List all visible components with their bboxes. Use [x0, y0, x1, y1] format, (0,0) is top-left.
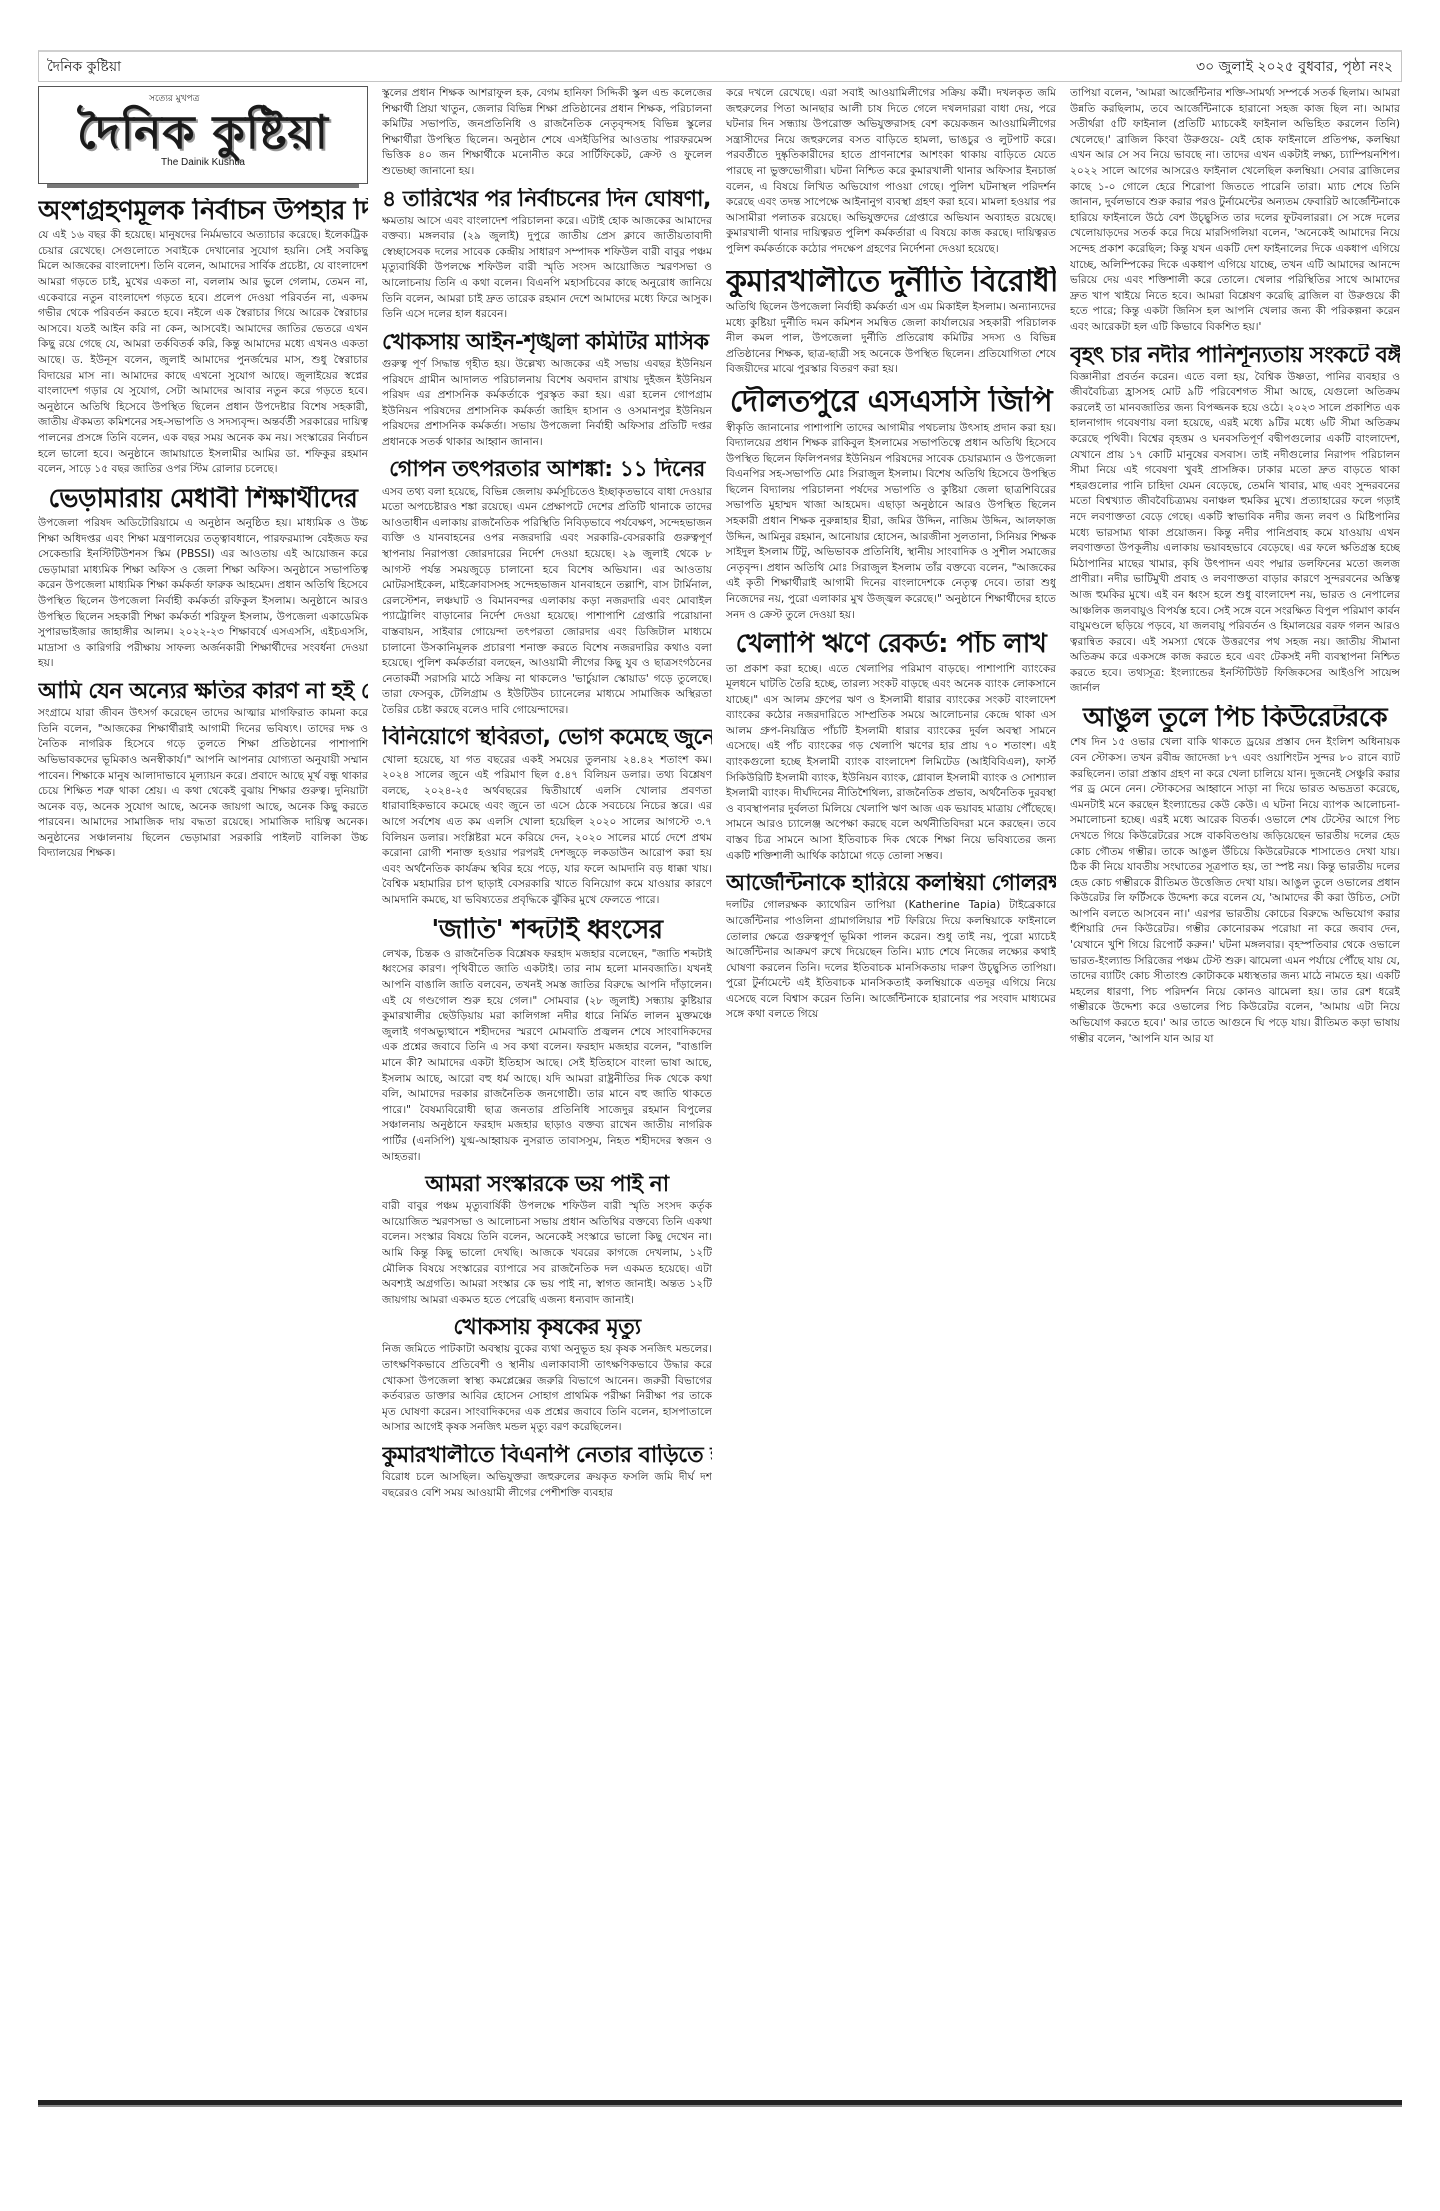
article-body: দলটির গোলরক্ষক ক্যাথেরিন তাপিয়া (Kather… — [726, 898, 1056, 1023]
article-continued: করে দখলে রেখেছে। এরা সবাই আওয়ামিলীগের স… — [726, 86, 1056, 260]
article-body: তা প্রকাশ করা হচ্ছে। এতে খেলাপির পরিমাণ … — [726, 662, 1056, 865]
masthead-tagline: সত্যের মুখপত্র — [149, 91, 199, 106]
article-continued: স্কুলের প্রধান শিক্ষক আশরাফুল হক, বেগম হ… — [382, 86, 712, 182]
article-body: নিজ জমিতে পাটকাটা অবস্থায় বুকের ব্যথা অ… — [382, 1342, 712, 1436]
article-headline[interactable]: ৪ তারিখের পর নির্বাচনের দিন ঘোষণা, আশ্বা… — [382, 188, 712, 211]
article-body: স্বীকৃতি জানানোর পাশাপাশি তাদের আগামীর প… — [726, 421, 1056, 624]
article: খোকসায় কৃষকের মৃত্যু নিজ জমিতে পাটকাটা … — [382, 1310, 712, 1438]
masthead-english-name: The Dainik Kushtia — [161, 157, 245, 168]
article: 'জাতি' শব্দটাই ধ্বংসের লেখক, চিন্তক ও রা… — [382, 911, 712, 1168]
article: দৌলতপুরে এসএসসি জিপি স্বীকৃতি জানানোর পা… — [726, 380, 1056, 625]
article-headline[interactable]: আর্জেন্টিনাকে হারিয়ে কলম্বিয়া গোলরক্ষক — [726, 872, 1056, 895]
article-headline[interactable]: আঙুল তুলে পিচ কিউরেটরকে — [1070, 705, 1400, 732]
article-headline[interactable]: কুমারখালীতে দুর্নীতি বিরোধী — [726, 266, 1056, 298]
article-headline[interactable]: অংশগ্রহণমূলক নির্বাচন উপহার দিতে — [38, 198, 368, 225]
article-body: বিরোধ চলে আসছিল। অভিযুক্তরা জহুরুলের ক্র… — [382, 1470, 712, 1501]
article-body: সংগ্রামে যারা জীবন উৎসর্গ করেছেন তাদের আ… — [38, 706, 368, 862]
article-body: স্কুলের প্রধান শিক্ষক আশরাফুল হক, বেগম হ… — [382, 86, 712, 180]
column-2: স্কুলের প্রধান শিক্ষক আশরাফুল হক, বেগম হ… — [382, 86, 712, 2098]
article: আমরা সংস্কারকে ভয় পাই না বারী বাবুর পঞ্… — [382, 1167, 712, 1310]
article-body: শেষ দিন ১৫ ওভার খেলা বাকি থাকতে ড্রয়ের … — [1070, 735, 1400, 1047]
article: আমি যেন অন্যের ক্ষতির কারণ না হই সেদিকে … — [38, 674, 368, 2098]
article-headline[interactable]: খোকসায় আইন-শৃঙ্খলা কমিটির মাসিক সভা — [382, 331, 712, 354]
article-body: অতিথি ছিলেন উপজেলা নির্বাহী কর্মকর্তা এস… — [726, 300, 1056, 378]
article-body: তাপিয়া বলেন, 'আমরা আর্জেন্টিনার শক্তি-স… — [1070, 86, 1400, 336]
news-columns: সত্যের মুখপত্র দৈনিক কুষ্টিয়া The Daini… — [38, 86, 1402, 2098]
date-page-number: ৩০ জুলাই ২০২৫ বুধবার, পৃষ্ঠা নং২ — [1196, 55, 1393, 79]
article-headline[interactable]: গোপন তৎপরতার আশঙ্কা: ১১ দিনের — [382, 458, 712, 481]
article: ৪ তারিখের পর নির্বাচনের দিন ঘোষণা, আশ্বা… — [382, 182, 712, 325]
article: কুমারখালীতে দুর্নীতি বিরোধী অতিথি ছিলেন … — [726, 260, 1056, 380]
article: অংশগ্রহণমূলক নির্বাচন উপহার দিতে যে এই ১… — [38, 192, 368, 480]
column-4: তাপিয়া বলেন, 'আমরা আর্জেন্টিনার শক্তি-স… — [1070, 86, 1400, 2098]
masthead-title: দৈনিক কুষ্টিয়া — [77, 109, 329, 155]
column-1: সত্যের মুখপত্র দৈনিক কুষ্টিয়া The Daini… — [38, 86, 368, 2098]
article-headline[interactable]: বৃহৎ চার নদীর পানিশূন্যতায় সংকটে বঙ্গীয… — [1070, 344, 1400, 367]
article-body: খোলা হয়েছে, যা গত বছরের একই সময়ের তুলন… — [382, 753, 712, 909]
article-body: ক্ষমতায় আসে এবং বাংলাদেশ পরিচালনা করে। … — [382, 214, 712, 323]
article-body: এসব তথ্য বলা হয়েছে, বিভিন্ন জেলায় কর্ম… — [382, 485, 712, 719]
article-headline[interactable]: 'জাতি' শব্দটাই ধ্বংসের — [382, 917, 712, 944]
article-headline[interactable]: আমি যেন অন্যের ক্ষতির কারণ না হই সেদিকে — [38, 680, 368, 703]
column-3: করে দখলে রেখেছে। এরা সবাই আওয়ামিলীগের স… — [726, 86, 1056, 2098]
article: আঙুল তুলে পিচ কিউরেটরকে শেষ দিন ১৫ ওভার … — [1070, 699, 1400, 2098]
article: বিনিয়োগে স্থবিরতা, ভোগ কমেছে জুনে খোলা … — [382, 720, 712, 910]
article-headline[interactable]: ভেড়ামারায় মেধাবী শিক্ষার্থীদের — [38, 486, 368, 513]
article: ভেড়ামারায় মেধাবী শিক্ষার্থীদের উপজেলা … — [38, 480, 368, 674]
article-headline[interactable]: খেলাপি ঋণে রেকর্ড: পাঁচ লাখ — [726, 631, 1056, 658]
paper-name: দৈনিক কুষ্টিয়া — [47, 55, 121, 79]
article: খেলাপি ঋণে রেকর্ড: পাঁচ লাখ তা প্রকাশ কর… — [726, 625, 1056, 866]
article-body: উপজেলা পরিষদ অডিটোরিয়ামে এ অনুষ্ঠান অনু… — [38, 516, 368, 672]
article: গোপন তৎপরতার আশঙ্কা: ১১ দিনের এসব তথ্য ব… — [382, 452, 712, 720]
article-continued: তাপিয়া বলেন, 'আমরা আর্জেন্টিনার শক্তি-স… — [1070, 86, 1400, 338]
article: বৃহৎ চার নদীর পানিশূন্যতায় সংকটে বঙ্গীয… — [1070, 338, 1400, 700]
article-body: যে এই ১৬ বছর কী হয়েছে। মানুষদের নির্মমভ… — [38, 228, 368, 478]
bottom-rule-divider — [38, 2100, 1402, 2105]
article: খোকসায় আইন-শৃঙ্খলা কমিটির মাসিক সভা গুর… — [382, 325, 712, 453]
article: আর্জেন্টিনাকে হারিয়ে কলম্বিয়া গোলরক্ষক… — [726, 866, 1056, 2098]
article-body: করে দখলে রেখেছে। এরা সবাই আওয়ামিলীগের স… — [726, 86, 1056, 258]
article-headline[interactable]: বিনিয়োগে স্থবিরতা, ভোগ কমেছে জুনে — [382, 726, 712, 749]
article-headline[interactable]: দৌলতপুরে এসএসসি জিপি — [726, 386, 1056, 418]
article-body: লেখক, চিন্তক ও রাজনৈতিক বিশ্লেষক ফরহাদ ম… — [382, 947, 712, 1165]
article-body: বারী বাবুর পঞ্চম মৃত্যুবার্ষিকী উপলক্ষে … — [382, 1199, 712, 1308]
article-body: গুরুত্ব পূর্ণ সিদ্ধান্ত গৃহীত হয়। উল্লে… — [382, 357, 712, 451]
masthead: সত্যের মুখপত্র দৈনিক কুষ্টিয়া The Daini… — [38, 86, 368, 184]
article-headline[interactable]: আমরা সংস্কারকে ভয় পাই না — [382, 1173, 712, 1196]
article-headline[interactable]: কুমারখালীতে বিএনপি নেতার বাড়িতে হামলা — [382, 1444, 712, 1467]
article-body: বিজ্ঞানীরা প্রবর্তন করেন। এতে বলা হয়, ব… — [1070, 370, 1400, 697]
article-headline[interactable]: খোকসায় কৃষকের মৃত্যু — [382, 1316, 712, 1339]
article: কুমারখালীতে বিএনপি নেতার বাড়িতে হামলা ব… — [382, 1438, 712, 2098]
page-header: দৈনিক কুষ্টিয়া ৩০ জুলাই ২০২৫ বুধবার, পৃ… — [38, 50, 1402, 82]
